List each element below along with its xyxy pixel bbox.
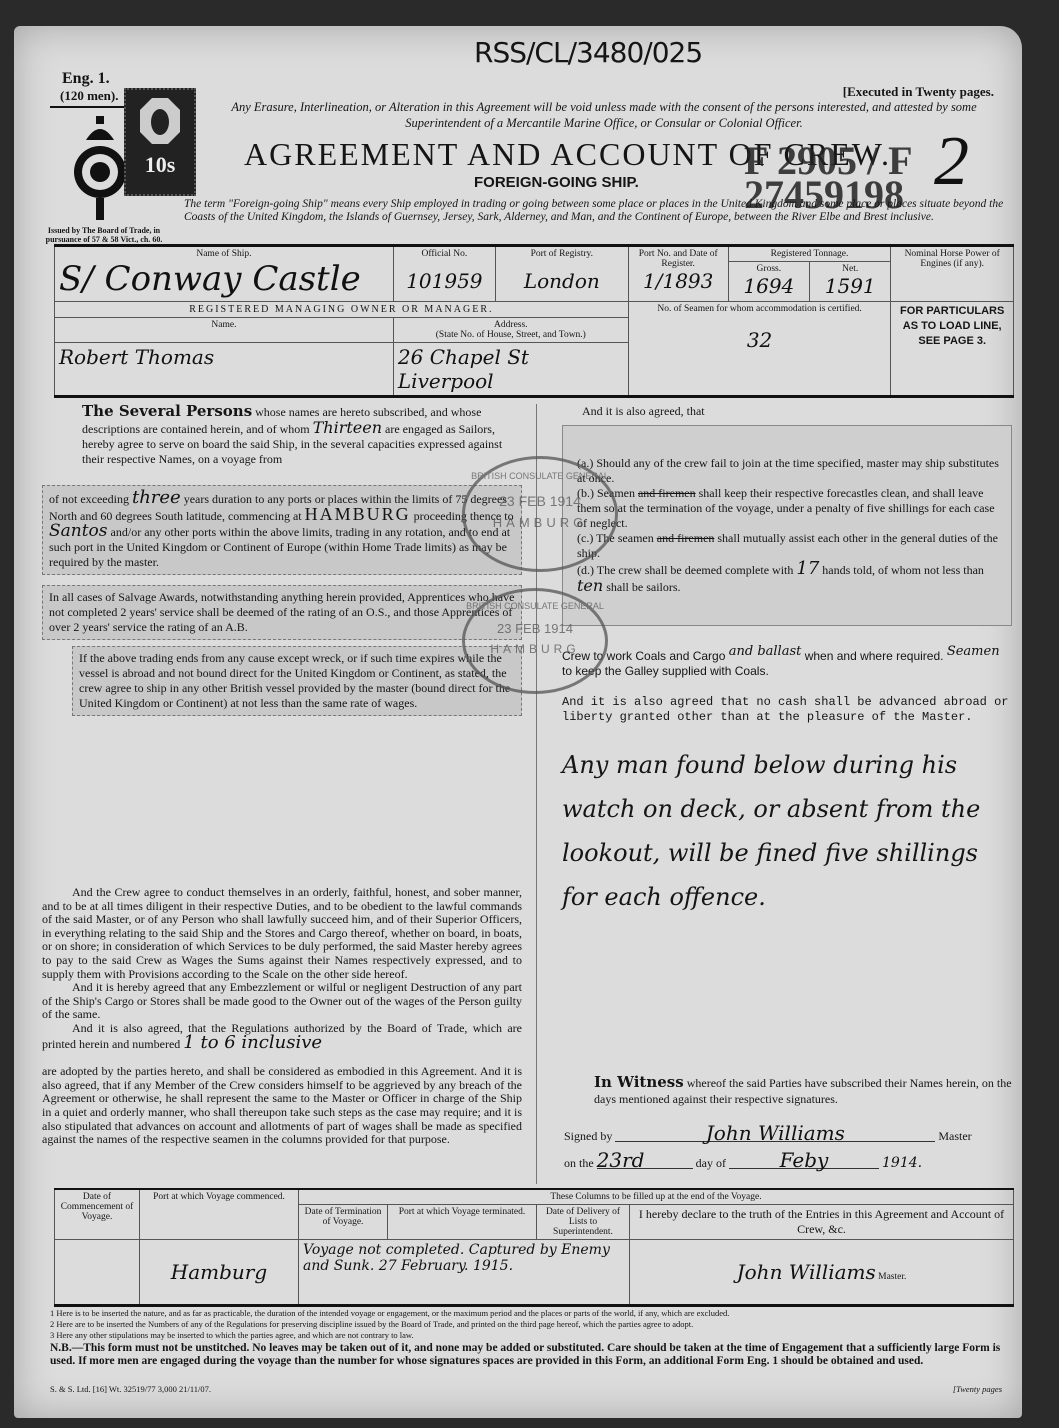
condition-d-suffix: shall be sailors. — [606, 580, 680, 594]
consulate-stamp-city: HAMBURG — [465, 515, 615, 530]
consulate-stamp-date: 23 FEB 1914 — [465, 493, 615, 509]
regulations-numbers: 1 to 6 inclusive — [183, 1032, 322, 1053]
footnotes: 1 Here is to be inserted the nature, and… — [50, 1308, 1010, 1341]
regulations-paragraph: are adopted by the parties hereto, and s… — [42, 1065, 522, 1147]
executed-note: [Executed in Twenty pages. — [843, 84, 994, 100]
master-label: Master — [938, 1129, 971, 1143]
signed-by-label: Signed by — [564, 1129, 612, 1143]
start-port-value: HAMBURG — [305, 504, 411, 524]
net-value: 1591 — [814, 274, 886, 298]
footnote-1: 1 Here is to be inserted the nature, and… — [50, 1308, 1010, 1319]
declaration-text: I hereby declare to the truth of the Ent… — [630, 1205, 1014, 1240]
condition-d: (d.) The crew shall be deemed complete w… — [577, 561, 999, 595]
termination-note: Voyage not completed. Captured by Enemy … — [299, 1240, 630, 1306]
seamen-accommodation-value: 32 — [633, 328, 887, 352]
coals-insertion: and ballast — [729, 644, 802, 659]
ship-name-value: S/ Conway Castle — [59, 259, 389, 299]
signing-year: 1914. — [882, 1155, 922, 1171]
end-of-voyage-note: These Columns to be filled up at the end… — [299, 1189, 1014, 1205]
min-sailors-count: ten — [577, 576, 603, 595]
ship-details-table: Name of Ship. S/ Conway Castle Official … — [54, 244, 1014, 398]
condition-c: (c.) The seamen and firemen shall mutual… — [577, 531, 999, 561]
voyage-table: Date of Commencement of Voyage. Port at … — [54, 1188, 1014, 1307]
owner-address-value: 26 Chapel St Liverpool — [393, 343, 628, 397]
issued-by-note: Issued by The Board of Trade, in pursuan… — [44, 226, 164, 244]
page-count-note: [Twenty pages — [953, 1384, 1002, 1394]
load-line-note: FOR PARTICULARS AS TO LOAD LINE, SEE PAG… — [891, 302, 1014, 397]
revenue-stamp: 10s — [124, 88, 196, 196]
condition-c-struck: and firemen — [657, 531, 715, 545]
form-capacity: (120 men). — [60, 88, 119, 104]
consulate-stamp-text: BRITISH CONSULATE GENERAL — [465, 471, 615, 481]
archive-reference: RSS/CL/3480/025 — [474, 36, 702, 69]
port-no-date-value: 1/1893 — [633, 269, 724, 293]
consulate-stamp-2: BRITISH CONSULATE GENERAL 23 FEB 1914 HA… — [462, 588, 608, 694]
declaration-master-label: Master. — [878, 1272, 906, 1282]
coals-middle: when and where required. — [805, 649, 944, 663]
embezzlement-paragraph: And it is hereby agreed that any Embezzl… — [42, 981, 522, 1022]
owner-address-label: Address. — [398, 320, 624, 330]
horse-power-label: Nominal Horse Power of Engines (if any). — [895, 249, 1009, 269]
form-code: Eng. 1. — [62, 70, 110, 88]
conditions-slip: (a.) Should any of the crew fail to join… — [562, 425, 1012, 626]
also-agreed-heading: And it is also agreed, that — [562, 404, 1012, 419]
day-of-label: day of — [696, 1156, 726, 1170]
conduct-paragraph: And the Crew agree to conduct themselves… — [42, 886, 522, 981]
seamen-accommodation-label: No. of Seamen for whom accommodation is … — [633, 304, 887, 314]
port-commenced-value: Hamburg — [140, 1240, 299, 1306]
port-registry-label: Port of Registry. — [500, 249, 624, 259]
net-label: Net. — [814, 264, 886, 274]
signing-day: 23rd — [597, 1152, 693, 1169]
trading-ends-slip: If the above trading ends from any cause… — [72, 646, 522, 716]
destination-value: Santos — [49, 521, 108, 541]
ship-name-label: Name of Ship. — [59, 249, 389, 259]
handwritten-fine-rule: Any man found below during his watch on … — [562, 743, 1012, 919]
condition-a: (a.) Should any of the crew fail to join… — [577, 456, 999, 486]
official-no-value: 101959 — [398, 269, 491, 293]
agreement-left-column: The Several Persons whose names are here… — [42, 404, 522, 716]
date-termination-label: Date of Termination of Voyage. — [299, 1205, 388, 1240]
gross-value: 1694 — [733, 274, 805, 298]
port-terminated-label: Port at which Voyage terminated. — [388, 1205, 537, 1240]
gross-label: Gross. — [733, 264, 805, 274]
date-delivery-label: Date of Delivery of Lists to Superintend… — [537, 1205, 630, 1240]
duration-prefix: of not exceeding — [49, 492, 129, 506]
owner-section-title: REGISTERED MANAGING OWNER OR MANAGER. — [55, 302, 629, 318]
consulate-stamp: BRITISH CONSULATE GENERAL 23 FEB 1914 HA… — [462, 456, 618, 572]
consulate-stamp-city: HAMBURG — [465, 642, 605, 656]
consulate-stamp-date: 23 FEB 1914 — [465, 621, 605, 636]
voyage-terms-slip: of not exceeding three years duration to… — [42, 485, 522, 575]
owner-name-label: Name. — [55, 318, 394, 343]
nb-notice: N.B.—This form must not be unstitched. N… — [50, 1342, 1010, 1368]
duration-tail: and/or any other ports within the above … — [49, 525, 510, 569]
port-no-date-label: Port No. and Date of Register. — [633, 249, 724, 269]
royal-crest-icon — [72, 114, 128, 226]
duration-value: three — [132, 487, 181, 508]
document-page: RSS/CL/3480/025 Eng. 1. (120 men). Issue… — [14, 26, 1022, 1418]
owner-address-sublabel: (State No. of House, Street, and Town.) — [398, 330, 624, 340]
kings-portrait-icon — [140, 98, 180, 144]
on-the-label: on the — [564, 1156, 594, 1170]
page-subtitle: FOREIGN-GOING SHIP. — [474, 174, 639, 191]
cash-clause: And it is also agreed that no cash shall… — [562, 695, 1012, 725]
also-agreed-column: And it is also agreed, that (a.) Should … — [562, 404, 1012, 919]
footnote-2: 2 Here are to be inserted the Numbers of… — [50, 1319, 1010, 1330]
sailors-count: Thirteen — [313, 418, 382, 437]
port-commenced-label: Port at which Voyage commenced. — [140, 1189, 299, 1240]
declaration-signature: John Williams — [737, 1260, 876, 1284]
owner-name-value: Robert Thomas — [55, 343, 394, 397]
coals-clause: Crew to work Coals and Cargo and ballast… — [562, 644, 1012, 679]
date-commencement-value — [55, 1240, 140, 1306]
tonnage-label: Registered Tonnage. — [728, 246, 891, 262]
condition-d-prefix: (d.) The crew shall be deemed complete w… — [577, 563, 793, 577]
witness-heading: In Witness — [594, 1073, 684, 1091]
date-commencement-label: Date of Commencement of Voyage. — [55, 1189, 140, 1240]
consulate-stamp-text: BRITISH CONSULATE GENERAL — [465, 601, 605, 611]
salvage-slip: In all cases of Salvage Awards, notwiths… — [42, 585, 522, 640]
alteration-warning: Any Erasure, Interlineation, or Alterati… — [204, 99, 1004, 131]
witness-section: In Witness whereof the said Parties have… — [564, 1074, 1014, 1171]
coals-insertion-seamen: Seamen — [947, 644, 1000, 659]
printer-imprint: S. & S. Ltd. [16] Wt. 32519/77 3,000 21/… — [50, 1384, 211, 1394]
master-signature: John Williams — [615, 1125, 935, 1142]
foreign-going-definition: The term "Foreign-going Ship" means ever… — [184, 198, 1004, 224]
condition-b-struck: and firemen — [638, 486, 696, 500]
signing-month: Feby — [729, 1152, 879, 1169]
handwritten-page-number: 2 — [934, 122, 969, 202]
several-persons-heading: The Several Persons — [82, 402, 252, 420]
condition-d-middle: hands told, of whom not less than — [822, 563, 984, 577]
stamp-value: 10s — [126, 152, 194, 178]
crew-hands-count: 17 — [796, 558, 819, 579]
crew-conduct-text: And the Crew agree to conduct themselves… — [42, 886, 522, 1147]
official-no-label: Official No. — [398, 249, 491, 259]
footnote-3: 3 Here any other stipulations may be ins… — [50, 1330, 1010, 1341]
port-registry-value: London — [500, 269, 624, 293]
condition-b: (b.) Seamen and firemen shall keep their… — [577, 486, 999, 531]
